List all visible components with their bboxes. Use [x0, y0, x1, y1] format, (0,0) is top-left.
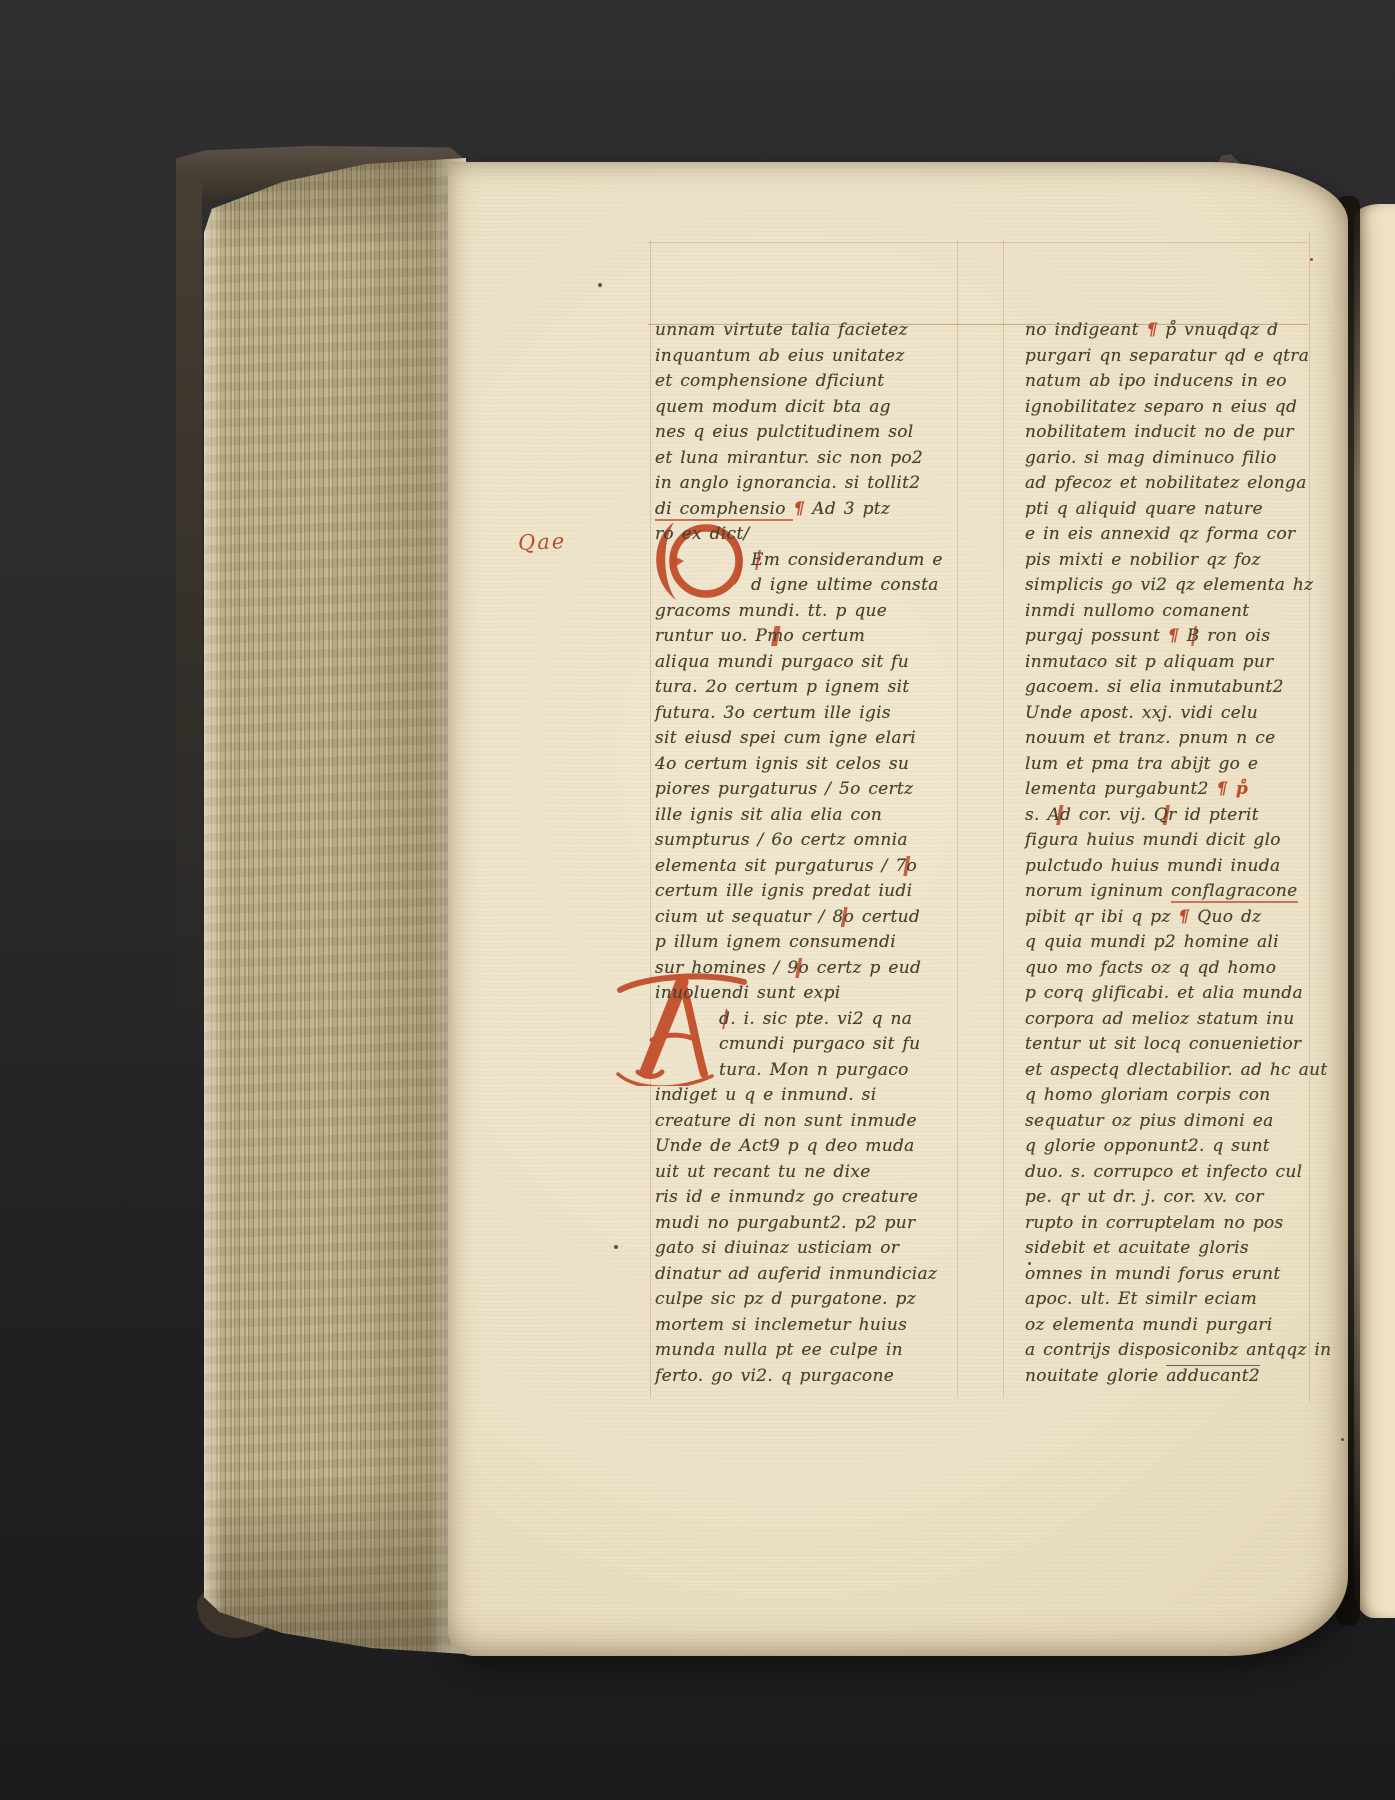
- manuscript-line: Unde apost. xxj. vidi celu: [1025, 701, 1337, 727]
- text-segment: omnes in mundi forus erunt: [1025, 1264, 1280, 1284]
- text-segment: p corq glificabi. et alia munda: [1025, 983, 1303, 1003]
- text-segment: purgaj possunt: [1025, 626, 1168, 646]
- text-segment: rupto in corruptelam no pos: [1025, 1213, 1284, 1233]
- manuscript-line: pe. qr ut dr. j. cor. xv. cor: [1025, 1185, 1337, 1211]
- photograph-background: Qae unnam virtute talia facietezinquantu…: [0, 0, 1395, 1800]
- manuscript-line: tentur ut sit locq conuenietior: [1025, 1032, 1337, 1058]
- text-segment: simplicis go vi2 qz elementa hz: [1025, 575, 1313, 595]
- text-segment: e in eis annexid qz forma cor: [1025, 524, 1295, 544]
- manuscript-line: nouitate glorie adducant2: [1025, 1364, 1337, 1390]
- text-segment: inmutaco sit p aliquam pur: [1025, 652, 1274, 672]
- manuscript-line: inmutaco sit p aliquam pur: [1025, 650, 1337, 676]
- text-segment: d igne ultime consta: [751, 575, 939, 595]
- manuscript-line: pulctudo huius mundi inuda: [1025, 854, 1337, 880]
- manuscript-line: nes q eius pulctitudinem sol: [655, 420, 971, 446]
- text-segment: ille ignis sit alia elia con: [655, 805, 882, 825]
- manuscript-line: apoc. ult. Et similr eciam: [1025, 1287, 1337, 1313]
- manuscript-line: d. i. sic pte. vi2 q na: [655, 1007, 971, 1033]
- text-segment: 7o: [895, 856, 917, 876]
- text-segment: q glorie opponunt2. q sunt: [1025, 1136, 1270, 1156]
- text-segment: tura. 2o certum p ignem sit: [655, 677, 910, 697]
- manuscript-line: certum ille ignis predat iudi: [655, 879, 971, 905]
- text-segment: et comphensione dficiunt: [655, 371, 884, 391]
- manuscript-line: lum et pma tra abijt go e: [1025, 752, 1337, 778]
- dust-speck: [614, 1245, 618, 1249]
- manuscript-line: uit ut recant tu ne dixe: [655, 1160, 971, 1186]
- text-segment: gario. si mag diminuco filio: [1025, 448, 1277, 468]
- manuscript-line: et comphensione dficiunt: [655, 369, 971, 395]
- text-segment: Ad: [1047, 805, 1071, 825]
- text-segment: tentur ut sit locq conuenietior: [1025, 1034, 1301, 1054]
- text-segment: oz elementa mundi purgari: [1025, 1315, 1272, 1335]
- manuscript-line: p corq glificabi. et alia munda: [1025, 981, 1337, 1007]
- text-segment: futura. 3o certum ille igis: [655, 703, 891, 723]
- manuscript-line: sidebit et acuitate gloris: [1025, 1236, 1337, 1262]
- text-segment: sumpturus / 6o certz omnia: [655, 830, 908, 850]
- text-segment: natum ab ipo inducens in eo: [1025, 371, 1287, 391]
- rubric-mark: ¶ p̊: [1217, 779, 1249, 799]
- text-segment: ris id e inmundz go creature: [655, 1187, 918, 1207]
- text-segment: uit ut recant tu ne dixe: [655, 1162, 871, 1182]
- manuscript-line: quo mo facts oz q qd homo: [1025, 956, 1337, 982]
- manuscript-line: lementa purgabunt2 ¶ p̊: [1025, 777, 1337, 803]
- manuscript-line: gario. si mag diminuco filio: [1025, 446, 1337, 472]
- manuscript-line: gato si diuinaz usticiam or: [655, 1236, 971, 1262]
- manuscript-line: ille ignis sit alia elia con: [655, 803, 971, 829]
- manuscript-line: creature di non sunt inmude: [655, 1109, 971, 1135]
- text-segment: quem modum dicit bta ag: [655, 397, 891, 417]
- manuscript-line: purgaj possunt ¶ B ron ois: [1025, 624, 1337, 650]
- text-segment: 8o: [833, 907, 855, 927]
- text-segment: sequatur oz pius dimoni ea: [1025, 1111, 1274, 1131]
- text-segment: piores purgaturus / 5o certz: [655, 779, 913, 799]
- manuscript-line: figura huius mundi dicit glo: [1025, 828, 1337, 854]
- text-segment: sit eiusd spei cum igne elari: [655, 728, 916, 748]
- text-segment: lum et pma tra abijt go e: [1025, 754, 1258, 774]
- manuscript-line: culpe sic pz d purgatone. pz: [655, 1287, 971, 1313]
- text-segment: Ad 3 ptz: [805, 499, 891, 519]
- manuscript-line: sit eiusd spei cum igne elari: [655, 726, 971, 752]
- text-segment: munda nulla pt ee culpe in: [655, 1340, 903, 1360]
- manuscript-line: Em considerandum e: [655, 548, 971, 574]
- text-segment: certud: [854, 907, 920, 927]
- text-segment: creature di non sunt inmude: [655, 1111, 917, 1131]
- dust-speck: [598, 283, 602, 287]
- manuscript-line: simplicis go vi2 qz elementa hz: [1025, 573, 1337, 599]
- text-segment: cmundi purgaco sit fu: [719, 1034, 920, 1054]
- text-segment: apoc. ult. Et similr eciam: [1025, 1289, 1257, 1309]
- manuscript-line: tura. 2o certum p ignem sit: [655, 675, 971, 701]
- text-segment: m considerandum e: [764, 550, 943, 570]
- manuscript-line: 4o certum ignis sit celos su: [655, 752, 971, 778]
- text-segment: tura. Mon n purgaco: [719, 1060, 909, 1080]
- text-segment: nouum et tranz. pnum n ce: [1025, 728, 1275, 748]
- text-segment: pulctudo huius mundi inuda: [1025, 856, 1280, 876]
- manuscript-line: ignobilitatez separo n eius qd: [1025, 395, 1337, 421]
- text-column-2: no indigeant ¶ p̊ vnuqdqz dpurgari qn se…: [1025, 318, 1337, 1389]
- manuscript-line: q homo gloriam corpis con: [1025, 1083, 1337, 1109]
- manuscript-line: no indigeant ¶ p̊ vnuqdqz d: [1025, 318, 1337, 344]
- text-segment: mudi no purgabunt2. p2 pur: [655, 1213, 915, 1233]
- manuscript-line: runtur uo. Pmo certum: [655, 624, 971, 650]
- manuscript-line: gacoem. si elia inmutabunt2: [1025, 675, 1337, 701]
- ruling-line: [648, 242, 1308, 243]
- manuscript-line: et aspectq dlectabilior. ad hc aut: [1025, 1058, 1337, 1084]
- text-segment: runtur uo.: [655, 626, 755, 646]
- text-segment: certum ille ignis predat iudi: [655, 881, 912, 901]
- text-segment: ron ois: [1200, 626, 1271, 646]
- manuscript-line: gracoms mundi. tt. p que: [655, 599, 971, 625]
- manuscript-line: ferto. go vi2. q purgacone: [655, 1364, 971, 1390]
- text-segment: . i. sic pte. vi2 q na: [730, 1009, 912, 1029]
- manuscript-line: d igne ultime consta: [655, 573, 971, 599]
- text-segment: certz p eud: [809, 958, 921, 978]
- text-segment: in anglo ignorancia. si tollit2: [655, 473, 920, 493]
- text-segment: inuoluendi sunt expi: [655, 983, 841, 1003]
- manuscript-line: q glorie opponunt2. q sunt: [1025, 1134, 1337, 1160]
- manuscript-line: corpora ad melioz statum inu: [1025, 1007, 1337, 1033]
- manuscript-line: munda nulla pt ee culpe in: [655, 1338, 971, 1364]
- manuscript-line: nouum et tranz. pnum n ce: [1025, 726, 1337, 752]
- rubric-mark: ¶: [1146, 320, 1157, 340]
- text-segment: conflagracone: [1171, 881, 1297, 903]
- text-segment: sidebit et acuitate gloris: [1025, 1238, 1249, 1258]
- manuscript-line: quem modum dicit bta ag: [655, 395, 971, 421]
- manuscript-line: dinatur ad auferid inmundiciaz: [655, 1262, 971, 1288]
- text-segment: elementa sit purgaturus /: [655, 856, 895, 876]
- marginal-note: Qae: [518, 529, 567, 555]
- manuscript-page: Qae unnam virtute talia facietezinquantu…: [448, 162, 1348, 1656]
- manuscript-line: s. Ad cor. vij. Qr id pterit: [1025, 803, 1337, 829]
- manuscript-line: piores purgaturus / 5o certz: [655, 777, 971, 803]
- text-segment: p̊ vnuqdqz d: [1158, 320, 1279, 340]
- text-segment: a contrijs disposiconibz antqqz in: [1025, 1340, 1331, 1360]
- text-segment: aliqua mundi purgaco sit fu: [655, 652, 909, 672]
- manuscript-line: mudi no purgabunt2. p2 pur: [655, 1211, 971, 1237]
- text-segment: id pterit: [1177, 805, 1259, 825]
- next-page-edge: [1354, 204, 1395, 1618]
- manuscript-line: di comphensio ¶ Ad 3 ptz: [655, 497, 971, 523]
- manuscript-line: futura. 3o certum ille igis: [655, 701, 971, 727]
- text-segment: ro ex dict/: [655, 524, 750, 544]
- text-segment: p illum ignem consumendi: [655, 932, 896, 952]
- manuscript-line: sur homines / 9o certz p eud: [655, 956, 971, 982]
- text-segment: d: [719, 1009, 730, 1029]
- manuscript-line: indiget u q e inmund. si: [655, 1083, 971, 1109]
- manuscript-line: duo. s. corrupco et infecto cul: [1025, 1160, 1337, 1186]
- text-segment: gato si diuinaz usticiam or: [655, 1238, 899, 1258]
- text-segment: [1179, 626, 1187, 646]
- text-segment: dinatur ad auferid inmundiciaz: [655, 1264, 937, 1284]
- rubric-mark: ¶: [1178, 907, 1189, 927]
- ink-speck: [1310, 258, 1313, 261]
- text-segment: purgari qn separatur qd e qtra: [1025, 346, 1309, 366]
- text-segment: inquantum ab eius unitatez: [655, 346, 905, 366]
- text-segment: B: [1187, 626, 1200, 646]
- text-segment: ignobilitatez separo n eius qd: [1025, 397, 1297, 417]
- text-segment: norum igninum: [1025, 881, 1171, 901]
- ruling-line: [650, 240, 651, 1398]
- manuscript-line: q quia mundi p2 homine ali: [1025, 930, 1337, 956]
- manuscript-line: pibit qr ibi q pz ¶ Quo dz: [1025, 905, 1337, 931]
- text-segment: figura huius mundi dicit glo: [1025, 830, 1281, 850]
- manuscript-line: purgari qn separatur qd e qtra: [1025, 344, 1337, 370]
- manuscript-line: sequatur oz pius dimoni ea: [1025, 1109, 1337, 1135]
- manuscript-line: cium ut sequatur / 8o certud: [655, 905, 971, 931]
- text-segment: culpe sic pz d purgatone. pz: [655, 1289, 916, 1309]
- manuscript-line: elementa sit purgaturus / 7o: [655, 854, 971, 880]
- text-segment: ad pfecoz et nobilitatez elonga: [1025, 473, 1307, 493]
- manuscript-line: ris id e inmundz go creature: [655, 1185, 971, 1211]
- text-segment: adducant2: [1166, 1365, 1260, 1386]
- text-segment: gacoem. si elia inmutabunt2: [1025, 677, 1284, 697]
- text-segment: di comphensio: [655, 499, 793, 521]
- text-segment: corpora ad melioz statum inu: [1025, 1009, 1294, 1029]
- text-segment: inmdi nullomo comanent: [1025, 601, 1249, 621]
- manuscript-line: in anglo ignorancia. si tollit2: [655, 471, 971, 497]
- text-segment: indiget u q e inmund. si: [655, 1085, 876, 1105]
- manuscript-line: oz elementa mundi purgari: [1025, 1313, 1337, 1339]
- text-segment: E: [751, 550, 764, 570]
- rubric-mark: ¶: [1168, 626, 1179, 646]
- manuscript-line: nobilitatem inducit no de pur: [1025, 420, 1337, 446]
- text-segment: Qr: [1154, 805, 1177, 825]
- manuscript-line: omnes in mundi forus erunt: [1025, 1262, 1337, 1288]
- manuscript-line: aliqua mundi purgaco sit fu: [655, 650, 971, 676]
- dust-speck: [1028, 1262, 1031, 1265]
- text-segment: gracoms mundi. tt. p que: [655, 601, 887, 621]
- manuscript-line: unnam virtute talia facietez: [655, 318, 971, 344]
- text-column-1: unnam virtute talia facietezinquantum ab…: [655, 318, 971, 1389]
- manuscript-line: mortem si inclemetur huius: [655, 1313, 971, 1339]
- manuscript-line: inmdi nullomo comanent: [1025, 599, 1337, 625]
- text-segment: cor. vij.: [1071, 805, 1154, 825]
- text-segment: q quia mundi p2 homine ali: [1025, 932, 1279, 952]
- manuscript-line: cmundi purgaco sit fu: [655, 1032, 971, 1058]
- text-segment: quo mo facts oz q qd homo: [1025, 958, 1276, 978]
- text-segment: no indigeant: [1025, 320, 1146, 340]
- text-segment: nouitate glorie: [1025, 1366, 1166, 1386]
- manuscript-line: a contrijs disposiconibz antqqz in: [1025, 1338, 1337, 1364]
- text-segment: sur homines /: [655, 958, 787, 978]
- text-segment: lementa purgabunt2: [1025, 779, 1217, 799]
- text-segment: q homo gloriam corpis con: [1025, 1085, 1271, 1105]
- text-segment: pti q aliquid quare nature: [1025, 499, 1263, 519]
- manuscript-line: sumpturus / 6o certz omnia: [655, 828, 971, 854]
- text-segment: 4o certum ignis sit celos su: [655, 754, 909, 774]
- text-segment: nobilitatem inducit no de pur: [1025, 422, 1294, 442]
- text-segment: certum: [794, 626, 865, 646]
- book-fore-edge-pages: [204, 158, 466, 1654]
- manuscript-line: Unde de Act9 p q deo muda: [655, 1134, 971, 1160]
- manuscript-line: pis mixti e nobilior qz foz: [1025, 548, 1337, 574]
- manuscript-line: norum igninum conflagracone: [1025, 879, 1337, 905]
- text-segment: pibit qr ibi q pz: [1025, 907, 1178, 927]
- rubric-mark: ¶: [793, 499, 804, 519]
- text-segment: Unde apost. xxj. vidi celu: [1025, 703, 1258, 723]
- text-segment: ferto. go vi2. q purgacone: [655, 1366, 894, 1386]
- manuscript-line: natum ab ipo inducens in eo: [1025, 369, 1337, 395]
- manuscript-line: pti q aliquid quare nature: [1025, 497, 1337, 523]
- manuscript-line: ad pfecoz et nobilitatez elonga: [1025, 471, 1337, 497]
- manuscript-line: et luna mirantur. sic non po2: [655, 446, 971, 472]
- text-segment: Pmo: [755, 626, 794, 646]
- manuscript-line: ro ex dict/: [655, 522, 971, 548]
- manuscript-line: e in eis annexid qz forma cor: [1025, 522, 1337, 548]
- text-segment: Unde de Act9 p q deo muda: [655, 1136, 915, 1156]
- manuscript-line: rupto in corruptelam no pos: [1025, 1211, 1337, 1237]
- text-segment: nes q eius pulctitudinem sol: [655, 422, 913, 442]
- text-segment: pis mixti e nobilior qz foz: [1025, 550, 1261, 570]
- text-segment: et aspectq dlectabilior. ad hc aut: [1025, 1060, 1328, 1080]
- ruling-line: [1003, 240, 1004, 1398]
- text-segment: unnam virtute talia facietez: [655, 320, 908, 340]
- book-binding-side: [176, 180, 202, 1060]
- text-segment: 9o: [787, 958, 809, 978]
- dust-speck: [1341, 1438, 1344, 1441]
- text-segment: s.: [1025, 805, 1047, 825]
- text-segment: mortem si inclemetur huius: [655, 1315, 907, 1335]
- manuscript-line: tura. Mon n purgaco: [655, 1058, 971, 1084]
- text-segment: Quo dz: [1190, 907, 1262, 927]
- text-segment: pe. qr ut dr. j. cor. xv. cor: [1025, 1187, 1264, 1207]
- manuscript-line: inuoluendi sunt expi: [655, 981, 971, 1007]
- text-segment: duo. s. corrupco et infecto cul: [1025, 1162, 1302, 1182]
- text-segment: cium ut sequatur /: [655, 907, 833, 927]
- manuscript-line: p illum ignem consumendi: [655, 930, 971, 956]
- manuscript-line: inquantum ab eius unitatez: [655, 344, 971, 370]
- text-segment: et luna mirantur. sic non po2: [655, 448, 923, 468]
